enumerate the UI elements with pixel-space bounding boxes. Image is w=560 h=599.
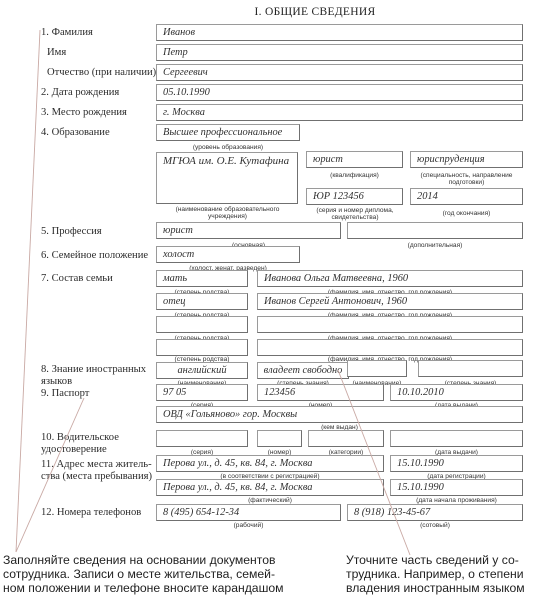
family-person-field[interactable] <box>257 316 523 333</box>
residence-date-field[interactable]: 15.10.1990 <box>390 479 523 496</box>
specialty-field[interactable]: юриспруденция <box>410 151 523 168</box>
right-note: Уточните часть сведений у со- трудника. … <box>346 553 525 595</box>
family-person-field[interactable]: Иванова Ольга Матвеевна, 1960 <box>257 270 523 287</box>
license-number-field[interactable] <box>257 430 302 447</box>
marital-status-label: 6. Семейное положение <box>41 250 148 262</box>
name-label: Имя <box>47 47 66 59</box>
family-relation-field[interactable]: мать <box>156 270 248 287</box>
work-phone-field[interactable]: 8 (495) 654-12-34 <box>156 504 341 521</box>
diploma-field[interactable]: ЮР 123456 <box>306 188 403 205</box>
diploma-caption: (серия и номер диплома,свидетельства) <box>300 207 410 222</box>
left-annotation-line-1 <box>16 30 40 552</box>
institution-caption-line-2: учреждения) <box>208 213 247 220</box>
family-relation-field[interactable]: отец <box>156 293 248 310</box>
specialty-caption: (специальность, направлениеподготовки) <box>406 172 527 187</box>
left-note: Заполняйте сведения на основании докумен… <box>3 553 284 595</box>
passport-label: 9. Паспорт <box>41 388 89 400</box>
institution-caption-line-1: (наименование образовательного <box>176 206 280 213</box>
institution-field[interactable]: МГЮА им. О.Е. Кутафина <box>156 152 298 204</box>
family-label: 7. Состав семьи <box>41 273 113 285</box>
languages-label-line-2: языков <box>41 376 72 387</box>
institution-caption: (наименование образовательногоучреждения… <box>150 206 305 221</box>
address-label-line-2: ства (места пребывания) <box>41 471 152 482</box>
profession-additional-caption: (дополнительная) <box>347 242 523 249</box>
qualification-caption: (квалификация) <box>306 172 403 179</box>
education-level-caption: (уровень образования) <box>156 144 300 151</box>
passport-issued-by-field[interactable]: ОВД «Гольяново» гор. Москвы <box>156 406 523 423</box>
address-label-line-1: 11. Адрес места житель- <box>41 459 152 470</box>
birth-place-label: 3. Место рождения <box>41 107 127 119</box>
diploma-caption-line-1: (серия и номер диплома, <box>316 207 393 214</box>
left-note-line-2: сотрудника. Записи о месте жительства, с… <box>3 567 284 581</box>
registration-date-field[interactable]: 15.10.1990 <box>390 455 523 472</box>
education-level-field[interactable]: Высшее профессиональное <box>156 124 300 141</box>
family-person-field[interactable]: Иванов Сергей Антонович, 1960 <box>257 293 523 310</box>
language-name-field[interactable] <box>347 360 407 377</box>
left-note-line-3: ном положении и телефоне вносите каранда… <box>3 581 284 595</box>
languages-label-line-1: 8. Знание иностранных <box>41 364 146 375</box>
education-label: 4. Образование <box>41 127 110 139</box>
birth-date-label: 2. Дата рождения <box>41 87 119 99</box>
profession-main-field[interactable]: юрист <box>156 222 341 239</box>
license-category-field[interactable] <box>308 430 384 447</box>
profession-additional-field[interactable] <box>347 222 523 239</box>
right-note-line-1: Уточните часть сведений у со- <box>346 553 525 567</box>
driver-license-label: 10. Водительскоеудостоверение <box>41 432 119 456</box>
family-person-field[interactable] <box>257 339 523 356</box>
phones-label: 12. Номера телефонов <box>41 507 141 519</box>
driver-license-label-line-1: 10. Водительское <box>41 432 119 443</box>
language-level-field[interactable] <box>418 360 523 377</box>
language-level-field[interactable]: владеет свободно <box>257 362 349 379</box>
surname-label: 1. Фамилия <box>41 27 93 39</box>
passport-series-field[interactable]: 97 05 <box>156 384 248 401</box>
right-note-line-3: владения иностранным языком <box>346 581 525 595</box>
qualification-field[interactable]: юрист <box>306 151 403 168</box>
surname-field[interactable]: Иванов <box>156 24 523 41</box>
passport-issue-date-field[interactable]: 10.10.2010 <box>390 384 523 401</box>
family-relation-field[interactable] <box>156 339 248 356</box>
patronymic-field[interactable]: Сергеевич <box>156 64 523 81</box>
driver-license-label-line-2: удостоверение <box>41 444 107 455</box>
specialty-caption-line-2: подготовки) <box>449 179 485 186</box>
name-field[interactable]: Петр <box>156 44 523 61</box>
license-series-field[interactable] <box>156 430 248 447</box>
specialty-caption-line-1: (специальность, направление <box>421 172 513 179</box>
family-relation-field[interactable] <box>156 316 248 333</box>
license-issue-date-field[interactable] <box>390 430 523 447</box>
work-phone-caption: (рабочий) <box>156 522 341 529</box>
birth-place-field[interactable]: г. Москва <box>156 104 523 121</box>
section-title: I. ОБЩИЕ СВЕДЕНИЯ <box>0 6 560 18</box>
address-label: 11. Адрес места житель-ства (места пребы… <box>41 459 152 483</box>
passport-number-field[interactable]: 123456 <box>257 384 384 401</box>
address-actual-field[interactable]: Перова ул., д. 45, кв. 84, г. Москва <box>156 479 384 496</box>
patronymic-label: Отчество (при наличии) <box>47 67 156 79</box>
profession-label: 5. Профессия <box>41 226 102 238</box>
graduation-year-field[interactable]: 2014 <box>410 188 523 205</box>
marital-status-field[interactable]: холост <box>156 246 300 263</box>
graduation-year-caption: (год окончания) <box>410 210 523 217</box>
diploma-caption-line-2: свидетельства) <box>331 214 378 221</box>
address-registered-field[interactable]: Перова ул., д. 45, кв. 84, г. Москва <box>156 455 384 472</box>
languages-label: 8. Знание иностранныхязыков <box>41 364 146 388</box>
left-note-line-1: Заполняйте сведения на основании докумен… <box>3 553 284 567</box>
right-note-line-2: трудника. Например, о степени <box>346 567 525 581</box>
mobile-phone-caption: (сотовый) <box>347 522 523 529</box>
language-name-field[interactable]: английский <box>156 362 248 379</box>
mobile-phone-field[interactable]: 8 (918) 123-45-67 <box>347 504 523 521</box>
birth-date-field[interactable]: 05.10.1990 <box>156 84 523 101</box>
